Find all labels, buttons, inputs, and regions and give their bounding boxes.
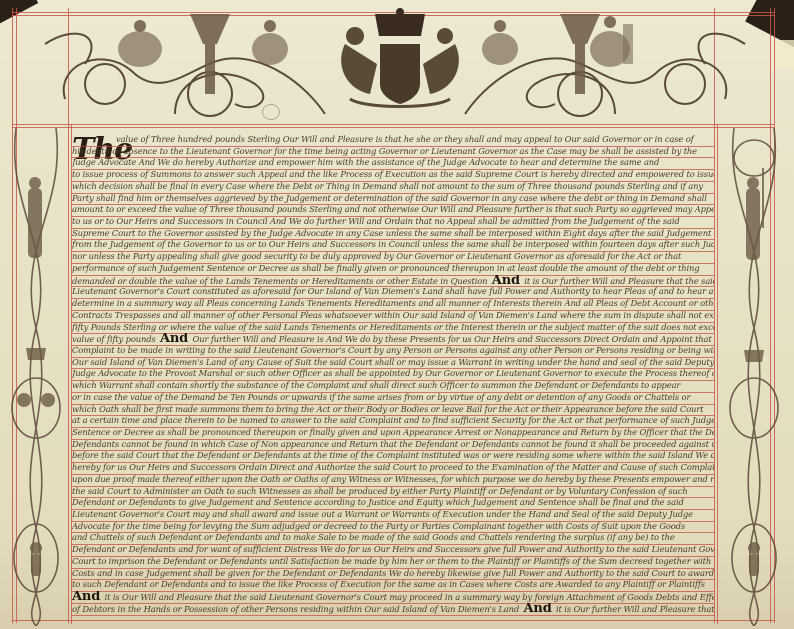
putto: [748, 542, 760, 554]
line-text: upon due proof made thereof either upon …: [72, 474, 714, 484]
line-text: fifty Pounds Sterling or where the value…: [72, 322, 714, 332]
standing-figure: [28, 188, 42, 258]
line-text: Judge Advocate And We do hereby Authoriz…: [72, 157, 659, 167]
line-text: which Oath shall be first made summons t…: [72, 404, 703, 414]
margin-rule: [12, 620, 774, 621]
lion-supporter: [341, 44, 377, 94]
line-text: from the Judgement of the Governor to us…: [72, 239, 714, 249]
left-border-artwork: [6, 128, 66, 626]
line-text: to issue process of Summons to answer su…: [72, 169, 714, 179]
line-text: and Chattels of such Defendant or Defend…: [72, 532, 675, 542]
line-text: performance of such Judgement Sentence o…: [72, 263, 700, 273]
line-text: it is Our further Will and Pleasure that…: [524, 276, 714, 286]
standing-figure: [746, 188, 760, 260]
line-text: Lieutenant Governor's Court constituted …: [72, 286, 714, 296]
portrait-right: [41, 393, 55, 407]
line-text: Our further Will and Pleasure is And We …: [193, 334, 715, 344]
emphasized-and: And: [519, 603, 556, 616]
line-text: Judge Advocate to the Provost Marshal or…: [72, 368, 714, 378]
crown-icon: [26, 348, 46, 360]
crown-icon: [375, 14, 425, 36]
parchment-sheet: The value of Three hundred pounds Sterli…: [0, 0, 794, 629]
line-text: which Warrant shall contain shortly the …: [72, 380, 680, 390]
staff: [762, 168, 764, 228]
line-text: of Debtors in the Hands or Possession of…: [72, 604, 519, 614]
document-body: The value of Three hundred pounds Sterli…: [72, 128, 714, 618]
line-text: to us or to Our Heirs and Successors in …: [72, 216, 680, 226]
line-text: demanded or double the value of the Land…: [72, 276, 487, 286]
line-text: Advocate for the time being for levying …: [72, 521, 685, 531]
line-text: to such Defendant or Defendants and to i…: [72, 579, 705, 589]
line-text: which decision shall be final in every C…: [72, 181, 703, 191]
line-text: Sentence or Decree as shall be pronounce…: [72, 427, 714, 437]
line-text: determine in a summary way all Pleas con…: [72, 298, 714, 308]
line-text: Defendants cannot be found in which Case…: [72, 439, 714, 449]
royal-coat-of-arms: [341, 8, 459, 107]
left-ornamental-border: [6, 128, 66, 626]
putto: [30, 542, 42, 554]
line-text: the said Court to Administer an Oath to …: [72, 486, 688, 496]
line-text: Contracts Trespasses and all manner of o…: [72, 310, 714, 320]
line-text: Court to imprison the Defendant or Defen…: [72, 556, 714, 566]
line-text: Our said Island of Van Diemen's Land of …: [72, 357, 714, 367]
line-text: it is Our further Will and Pleasure that…: [556, 604, 714, 614]
urn-left: [190, 14, 230, 44]
line-text: before the said Court that the Defendant…: [72, 450, 714, 460]
line-text: nor unless the Party appealing shall giv…: [72, 251, 681, 261]
line-text: Defendant or Defendants and for want of …: [72, 544, 714, 554]
unicorn-supporter: [423, 44, 459, 94]
line-text: value of fifty pounds: [72, 334, 156, 344]
crown-icon: [744, 350, 764, 362]
line-text: Party shall find him or themselves aggri…: [72, 193, 707, 203]
right-ornamental-border: [724, 128, 784, 626]
line-text: it is Our Will and Pleasure that the sai…: [105, 592, 714, 602]
line-text: his death or absence to the Lieutenant G…: [72, 146, 697, 156]
line-text: Supreme Court to the Governor assisted b…: [72, 228, 714, 238]
frieze-artwork: [25, 4, 765, 126]
line-text: hereby for us Our Heirs and Successors O…: [72, 462, 714, 472]
line-text: value of Three hundred pounds Sterling O…: [116, 134, 694, 144]
line-text: Complaint to be made in writing to the s…: [72, 345, 714, 355]
line-text: at a certain time and place therein to b…: [72, 415, 714, 425]
margin-rule: [717, 124, 718, 624]
engraved-header-frieze: [25, 4, 765, 126]
line-text: Costs and in case Judgement shall be giv…: [72, 568, 714, 578]
archive-stamp: [262, 104, 280, 120]
portrait-left: [17, 393, 31, 407]
right-border-artwork: [724, 128, 784, 626]
text-line: of Debtors in the Hands or Possession of…: [72, 603, 714, 616]
line-text: Lieutenant Governor's Court may and shal…: [72, 509, 693, 519]
line-text: or in case the value of the Demand be Te…: [72, 392, 690, 402]
line-text: Defendant or Defendants to give Judgemen…: [72, 497, 684, 507]
line-text: amount to or exceed the value of Three t…: [72, 204, 714, 214]
